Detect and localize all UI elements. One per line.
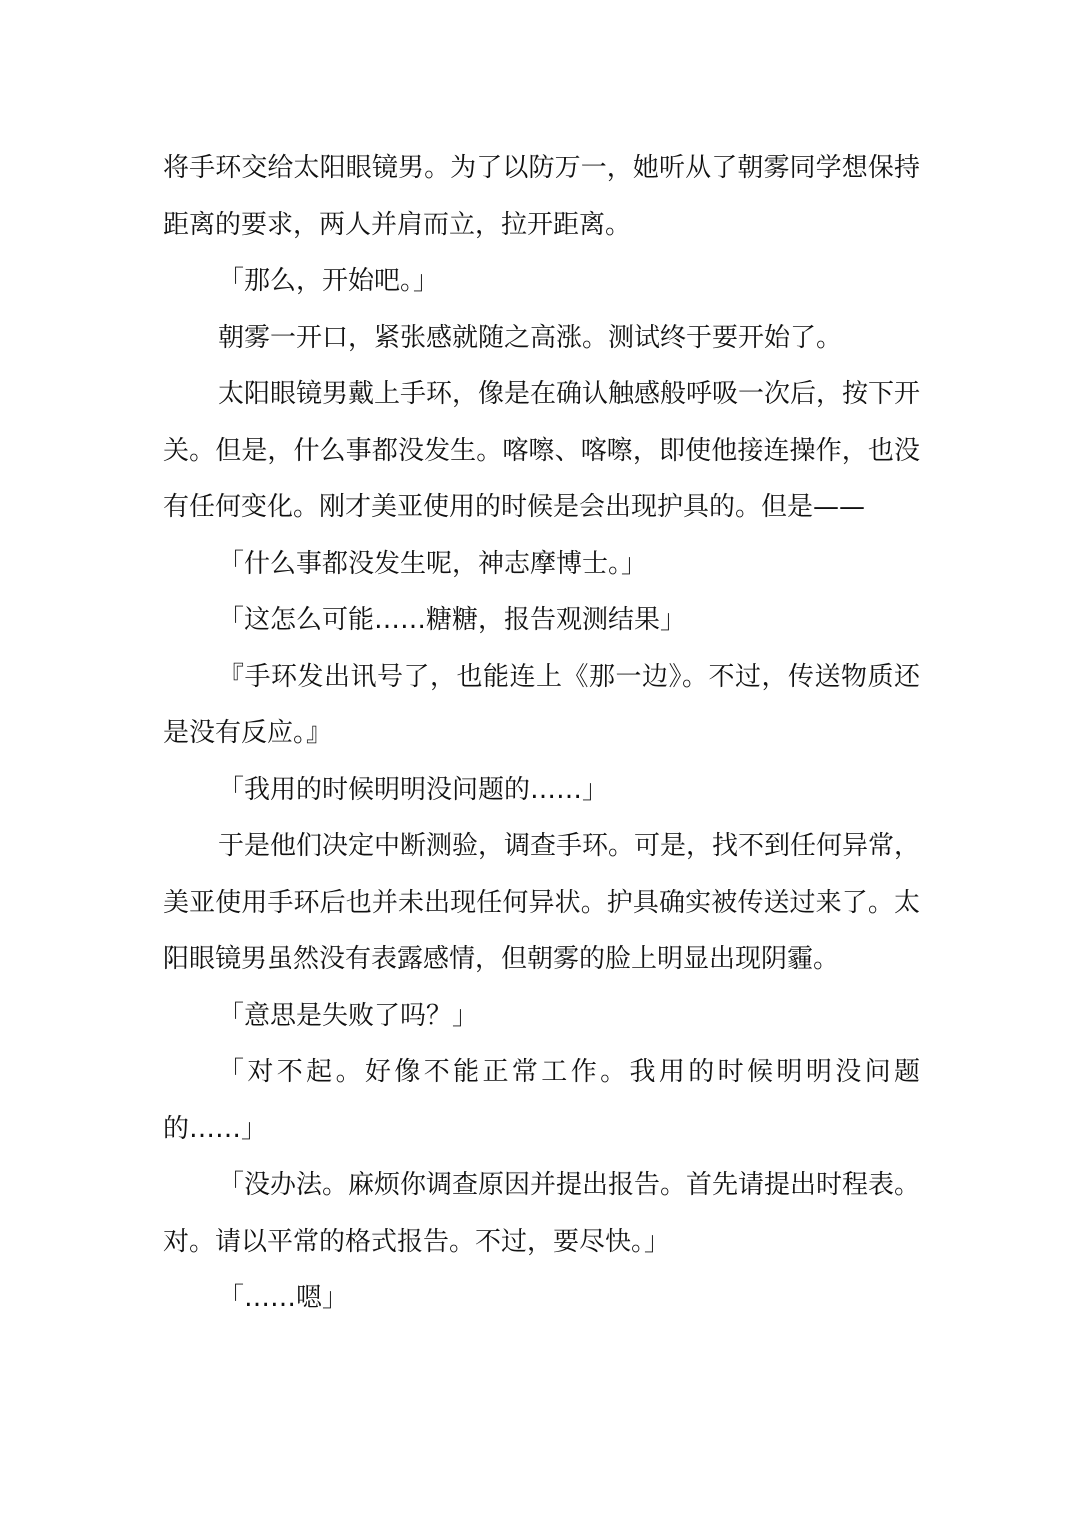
paragraph-4: 太阳眼镜男戴上手环，像是在确认触感般呼吸一次后，按下开关。但是，什么事都没发生。… xyxy=(163,366,920,536)
paragraph-6: 「这怎么可能……糖糖，报告观测结果」 xyxy=(163,592,920,649)
paragraph-7: 『手环发出讯号了，也能连上《那一边》。不过，传送物质还是没有反应。』 xyxy=(163,649,920,762)
paragraph-5: 「什么事都没发生呢，神志摩博士。」 xyxy=(163,536,920,593)
paragraph-8: 「我用的时候明明没问题的……」 xyxy=(163,762,920,819)
paragraph-2: 「那么，开始吧。」 xyxy=(163,253,920,310)
paragraph-13: 「……嗯」 xyxy=(163,1270,920,1327)
paragraph-3: 朝雾一开口，紧张感就随之高涨。测试终于要开始了。 xyxy=(163,310,920,367)
paragraph-9: 于是他们决定中断测验，调查手环。可是，找不到任何异常，美亚使用手环后也并未出现任… xyxy=(163,818,920,988)
paragraph-12: 「没办法。麻烦你调查原因并提出报告。首先请提出时程表。对。请以平常的格式报告。不… xyxy=(163,1157,920,1270)
paragraph-1: 将手环交给太阳眼镜男。为了以防万一，她听从了朝雾同学想保持距离的要求，两人并肩而… xyxy=(163,140,920,253)
paragraph-10: 「意思是失败了吗？」 xyxy=(163,988,920,1045)
document-page: 将手环交给太阳眼镜男。为了以防万一，她听从了朝雾同学想保持距离的要求，两人并肩而… xyxy=(163,140,920,1327)
paragraph-11: 「对不起。好像不能正常工作。我用的时候明明没问题的……」 xyxy=(163,1044,920,1157)
